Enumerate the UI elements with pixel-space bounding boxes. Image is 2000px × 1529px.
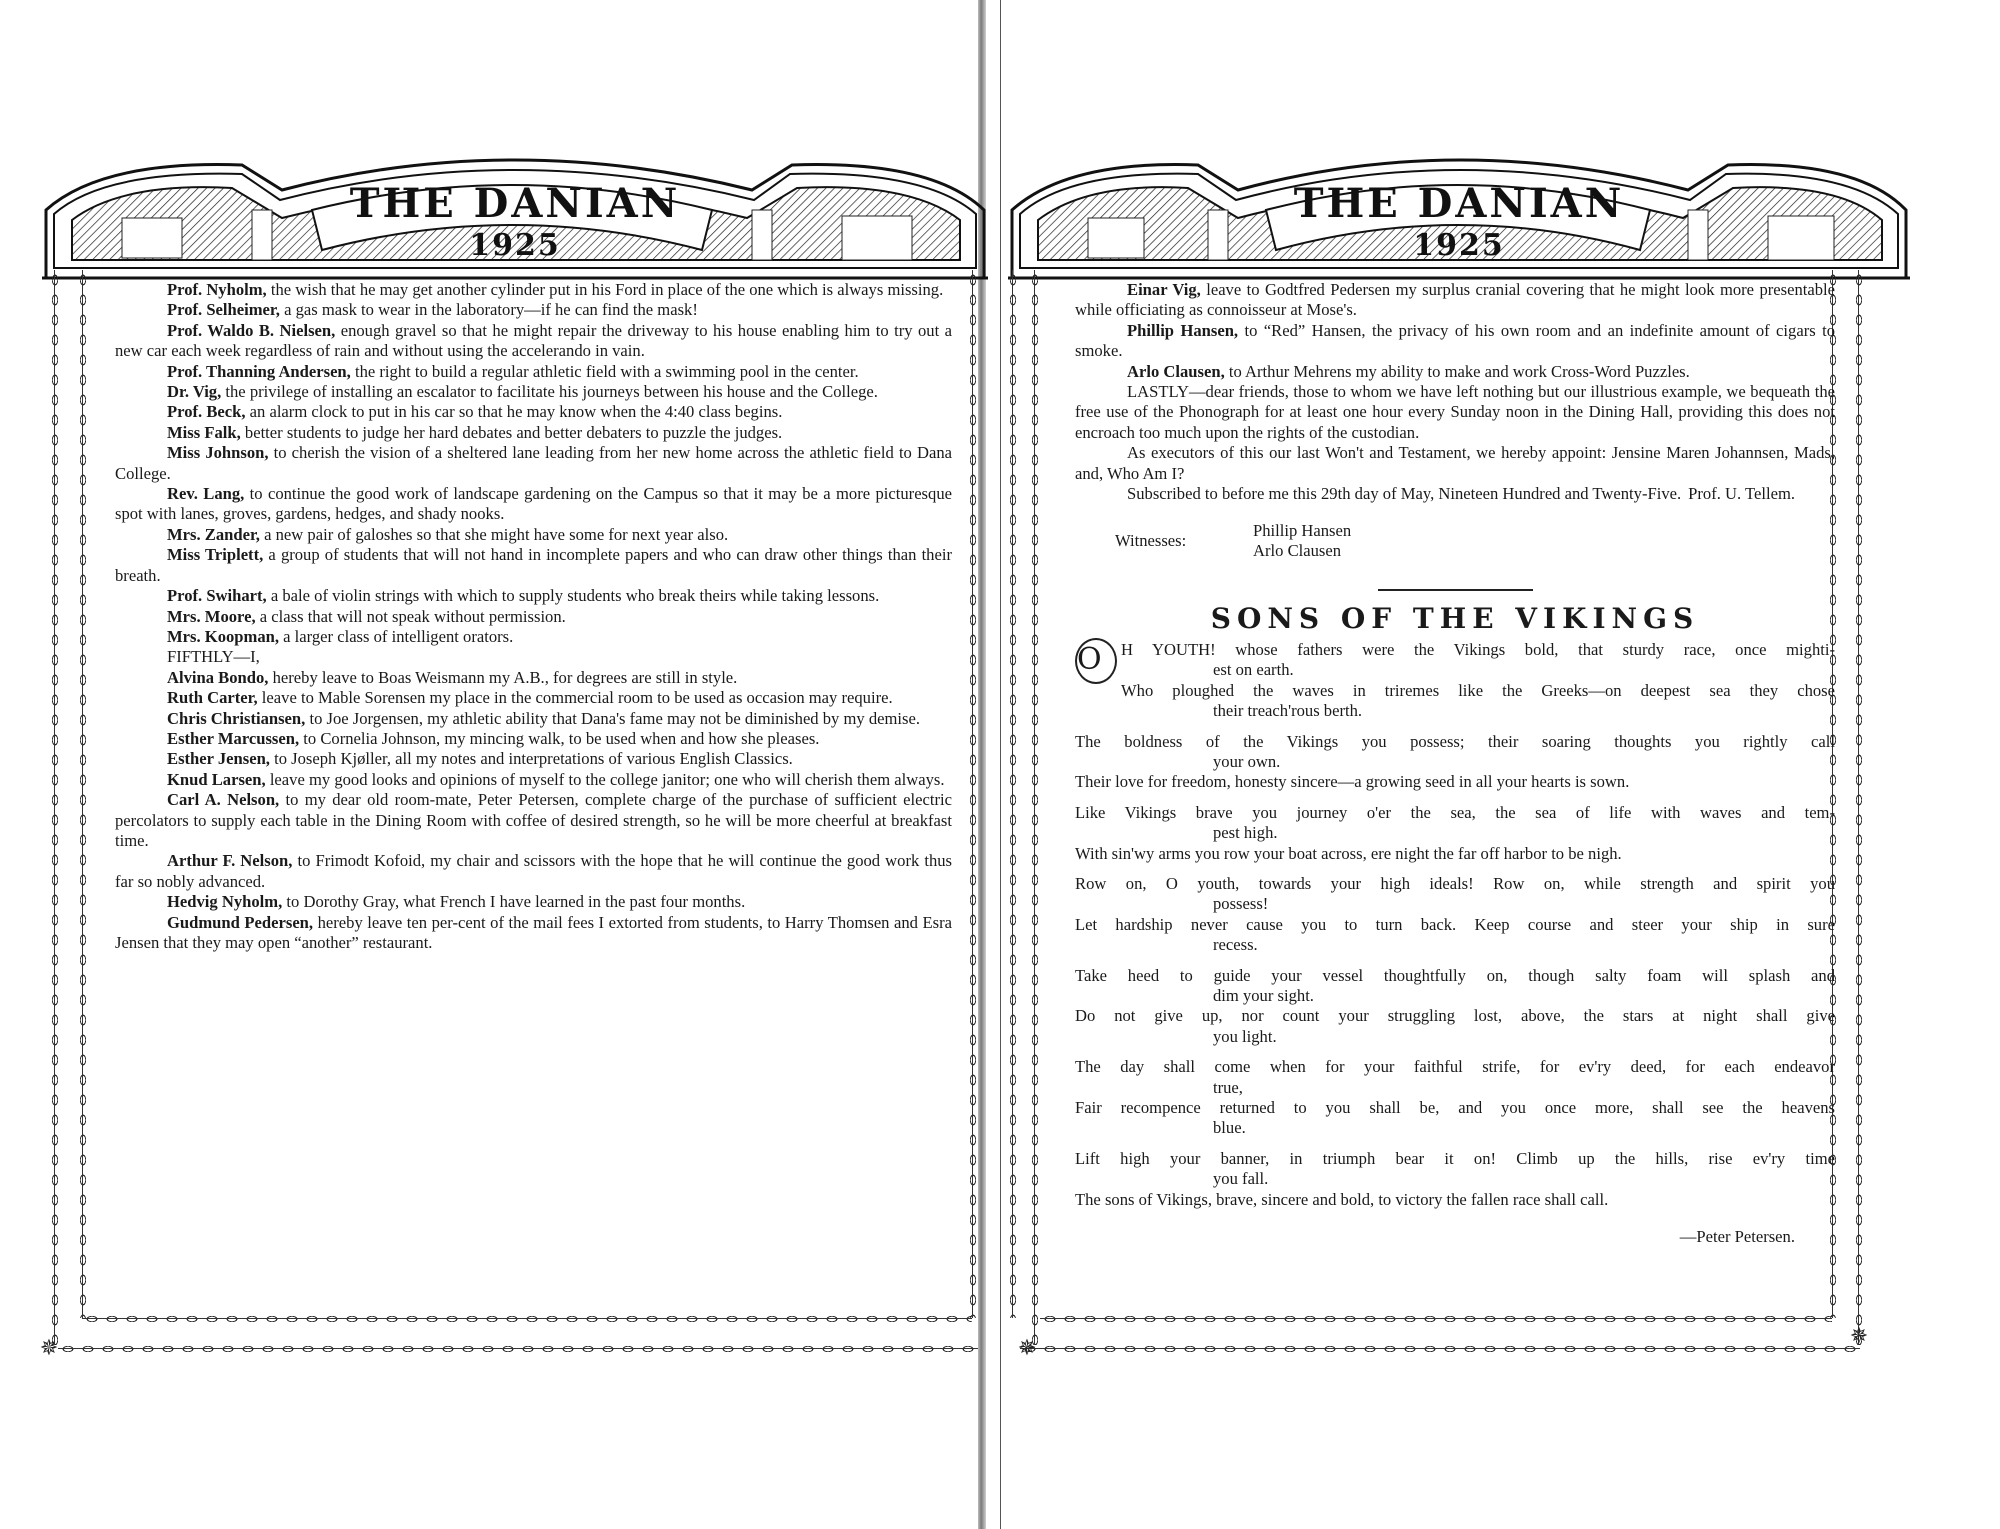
- bequest-paragraph: Miss Falk, better students to judge her …: [115, 423, 952, 443]
- witnesses-block: Witnesses: Phillip Hansen Arlo Clausen: [1115, 521, 1835, 561]
- poem-line: With sin'wy arms you row your boat acros…: [1075, 844, 1835, 864]
- poem-stanza: Lift high your banner, in triumph bear i…: [1075, 1149, 1835, 1210]
- poem-line: The boldness of the Vikings you possess;…: [1075, 732, 1835, 752]
- poem-line-continuation: dim your sight.: [1213, 986, 1835, 1006]
- banner-title: THE DANIAN: [42, 180, 988, 227]
- poem-line: The day shall come when for your faithfu…: [1075, 1057, 1835, 1077]
- executors-paragraph: As executors of this our last Won't and …: [1075, 443, 1835, 484]
- right-page: THE DANIAN 1925 ✵ ✵ Einar Vig, leave to …: [1000, 0, 2000, 1529]
- bequest-paragraph: Prof. Swihart, a bale of violin strings …: [115, 586, 952, 606]
- ornamental-border-inner-bottom: [82, 1312, 972, 1326]
- poem-line: Do not give up, nor count your strugglin…: [1075, 1006, 1835, 1026]
- poem-line: Take heed to guide your vessel thoughtfu…: [1075, 966, 1835, 986]
- section-divider: [1378, 589, 1533, 591]
- poem-line-continuation: blue.: [1213, 1118, 1835, 1138]
- bequest-paragraph: Esther Jensen, to Joseph Kjøller, all my…: [115, 749, 952, 769]
- bequest-paragraph: Esther Marcussen, to Cornelia Johnson, m…: [115, 729, 952, 749]
- poem-line-continuation: true,: [1213, 1078, 1835, 1098]
- bequest-paragraph: Gudmund Pedersen, hereby leave ten per-c…: [115, 913, 952, 954]
- ornamental-border-outer-bottom: [58, 1342, 978, 1356]
- ornamental-border-inner-bottom: [1040, 1312, 1832, 1326]
- poem-body: OH YOUTH! whose fathers were the Vikings…: [1075, 640, 1835, 1210]
- bequest-paragraph: Chris Christiansen, to Joe Jorgensen, my…: [115, 709, 952, 729]
- witnesses-label: Witnesses:: [1115, 531, 1253, 551]
- ornamental-border-inner-right: [966, 270, 980, 1318]
- poem-line-continuation: recess.: [1213, 935, 1835, 955]
- poem-stanza: Take heed to guide your vessel thoughtfu…: [1075, 966, 1835, 1048]
- bequest-paragraph: Arlo Clausen, to Arthur Mehrens my abili…: [1075, 362, 1835, 382]
- bequest-paragraph: Carl A. Nelson, to my dear old room-mate…: [115, 790, 952, 851]
- will-and-poem-right: Einar Vig, leave to Godtfred Pedersen my…: [1075, 280, 1835, 1264]
- poem-line-continuation: possess!: [1213, 894, 1835, 914]
- poem-line-continuation: your own.: [1213, 752, 1835, 772]
- bequest-paragraph: Prof. Nyholm, the wish that he may get a…: [115, 280, 952, 300]
- bequest-paragraph: Knud Larsen, leave my good looks and opi…: [115, 770, 952, 790]
- bequest-paragraph: Hedvig Nyholm, to Dorothy Gray, what Fre…: [115, 892, 952, 912]
- poem-attribution: —Peter Petersen.: [1075, 1227, 1795, 1247]
- witness-names: Phillip Hansen Arlo Clausen: [1253, 521, 1351, 561]
- bequest-paragraph: Dr. Vig, the privilege of installing an …: [115, 382, 952, 402]
- poem-line: OH YOUTH! whose fathers were the Vikings…: [1075, 640, 1835, 660]
- ornamental-border-inner-left: [76, 270, 90, 1318]
- poem-title: SONS OF THE VIKINGS: [1075, 609, 1835, 629]
- poem-line: Like Vikings brave you journey o'er the …: [1075, 803, 1835, 823]
- bequest-paragraph: Ruth Carter, leave to Mable Sorensen my …: [115, 688, 952, 708]
- poem-line-continuation: you fall.: [1213, 1169, 1835, 1189]
- poem-line-continuation: est on earth.: [1213, 660, 1835, 680]
- bequest-paragraph: Arthur F. Nelson, to Frimodt Kofoid, my …: [115, 851, 952, 892]
- left-page: THE DANIAN 1925 ✵ Prof. Nyholm, the wish…: [0, 0, 985, 1529]
- ornamental-border-inner-left: [1006, 270, 1020, 1318]
- star-ornament-icon: ✵: [38, 1338, 60, 1360]
- witness-name: Arlo Clausen: [1253, 541, 1351, 561]
- poem-line: Who ploughed the waves in triremes like …: [1075, 681, 1835, 701]
- poem-line: Lift high your banner, in triumph bear i…: [1075, 1149, 1835, 1169]
- banner-title: THE DANIAN: [1008, 180, 1910, 227]
- bequest-paragraph: Mrs. Zander, a new pair of galoshes so t…: [115, 525, 952, 545]
- poem-line-continuation: you light.: [1213, 1027, 1835, 1047]
- poem-stanza: The day shall come when for your faithfu…: [1075, 1057, 1835, 1139]
- poem-line: Row on, O youth, towards your high ideal…: [1075, 874, 1835, 894]
- bequest-paragraph: Alvina Bondo, hereby leave to Boas Weism…: [115, 668, 952, 688]
- poem-line-continuation: pest high.: [1213, 823, 1835, 843]
- lastly-paragraph: LASTLY—dear friends, those to whom we ha…: [1075, 382, 1835, 443]
- witness-name: Phillip Hansen: [1253, 521, 1351, 541]
- bequest-paragraph: Miss Johnson, to cherish the vision of a…: [115, 443, 952, 484]
- ornamental-border-outer-right: [1852, 270, 1866, 1345]
- bequest-paragraph: Mrs. Moore, a class that will not speak …: [115, 607, 952, 627]
- bequest-paragraph: Rev. Lang, to continue the good work of …: [115, 484, 952, 525]
- danian-banner-right: THE DANIAN 1925: [1008, 140, 1910, 280]
- banner-year: 1925: [42, 228, 988, 263]
- poem-line: Fair recompence returned to you shall be…: [1075, 1098, 1835, 1118]
- poem-stanza: Row on, O youth, towards your high ideal…: [1075, 874, 1835, 956]
- ornamental-border-outer-bottom: [1020, 1342, 1860, 1356]
- star-ornament-icon: ✵: [1016, 1338, 1038, 1360]
- section-heading-fifthly: FIFTHLY—I,: [115, 647, 952, 667]
- poem-stanza: Like Vikings brave you journey o'er the …: [1075, 803, 1835, 864]
- star-ornament-icon: ✵: [1848, 1326, 1870, 1348]
- bequest-paragraph: Prof. Beck, an alarm clock to put in his…: [115, 402, 952, 422]
- poem-line-continuation: their treach'rous berth.: [1213, 701, 1835, 721]
- bequest-paragraph: Prof. Waldo B. Nielsen, enough gravel so…: [115, 321, 952, 362]
- poem-line: Their love for freedom, honesty sincere—…: [1075, 772, 1835, 792]
- banner-year: 1925: [1008, 228, 1910, 263]
- danian-banner-left: THE DANIAN 1925: [42, 140, 988, 280]
- bequest-paragraph: Einar Vig, leave to Godtfred Pedersen my…: [1075, 280, 1835, 321]
- poem-stanza: The boldness of the Vikings you possess;…: [1075, 732, 1835, 793]
- bequest-paragraph: Phillip Hansen, to “Red” Hansen, the pri…: [1075, 321, 1835, 362]
- poem-line: Let hardship never cause you to turn bac…: [1075, 915, 1835, 935]
- ornamental-border-outer-left: [48, 270, 62, 1345]
- bequest-paragraph: Prof. Thanning Andersen, the right to bu…: [115, 362, 952, 382]
- poem-line: The sons of Vikings, brave, sincere and …: [1075, 1190, 1835, 1210]
- ornamental-border-outer-left: [1028, 270, 1042, 1345]
- will-bequests-left: Prof. Nyholm, the wish that he may get a…: [115, 280, 952, 953]
- bequest-paragraph: Mrs. Koopman, a larger class of intellig…: [115, 627, 952, 647]
- bequest-paragraph: Prof. Selheimer, a gas mask to wear in t…: [115, 300, 952, 320]
- drop-cap-letter: O: [1075, 638, 1117, 684]
- poem-stanza: OH YOUTH! whose fathers were the Vikings…: [1075, 640, 1835, 722]
- bequest-paragraph: Miss Triplett, a group of students that …: [115, 545, 952, 586]
